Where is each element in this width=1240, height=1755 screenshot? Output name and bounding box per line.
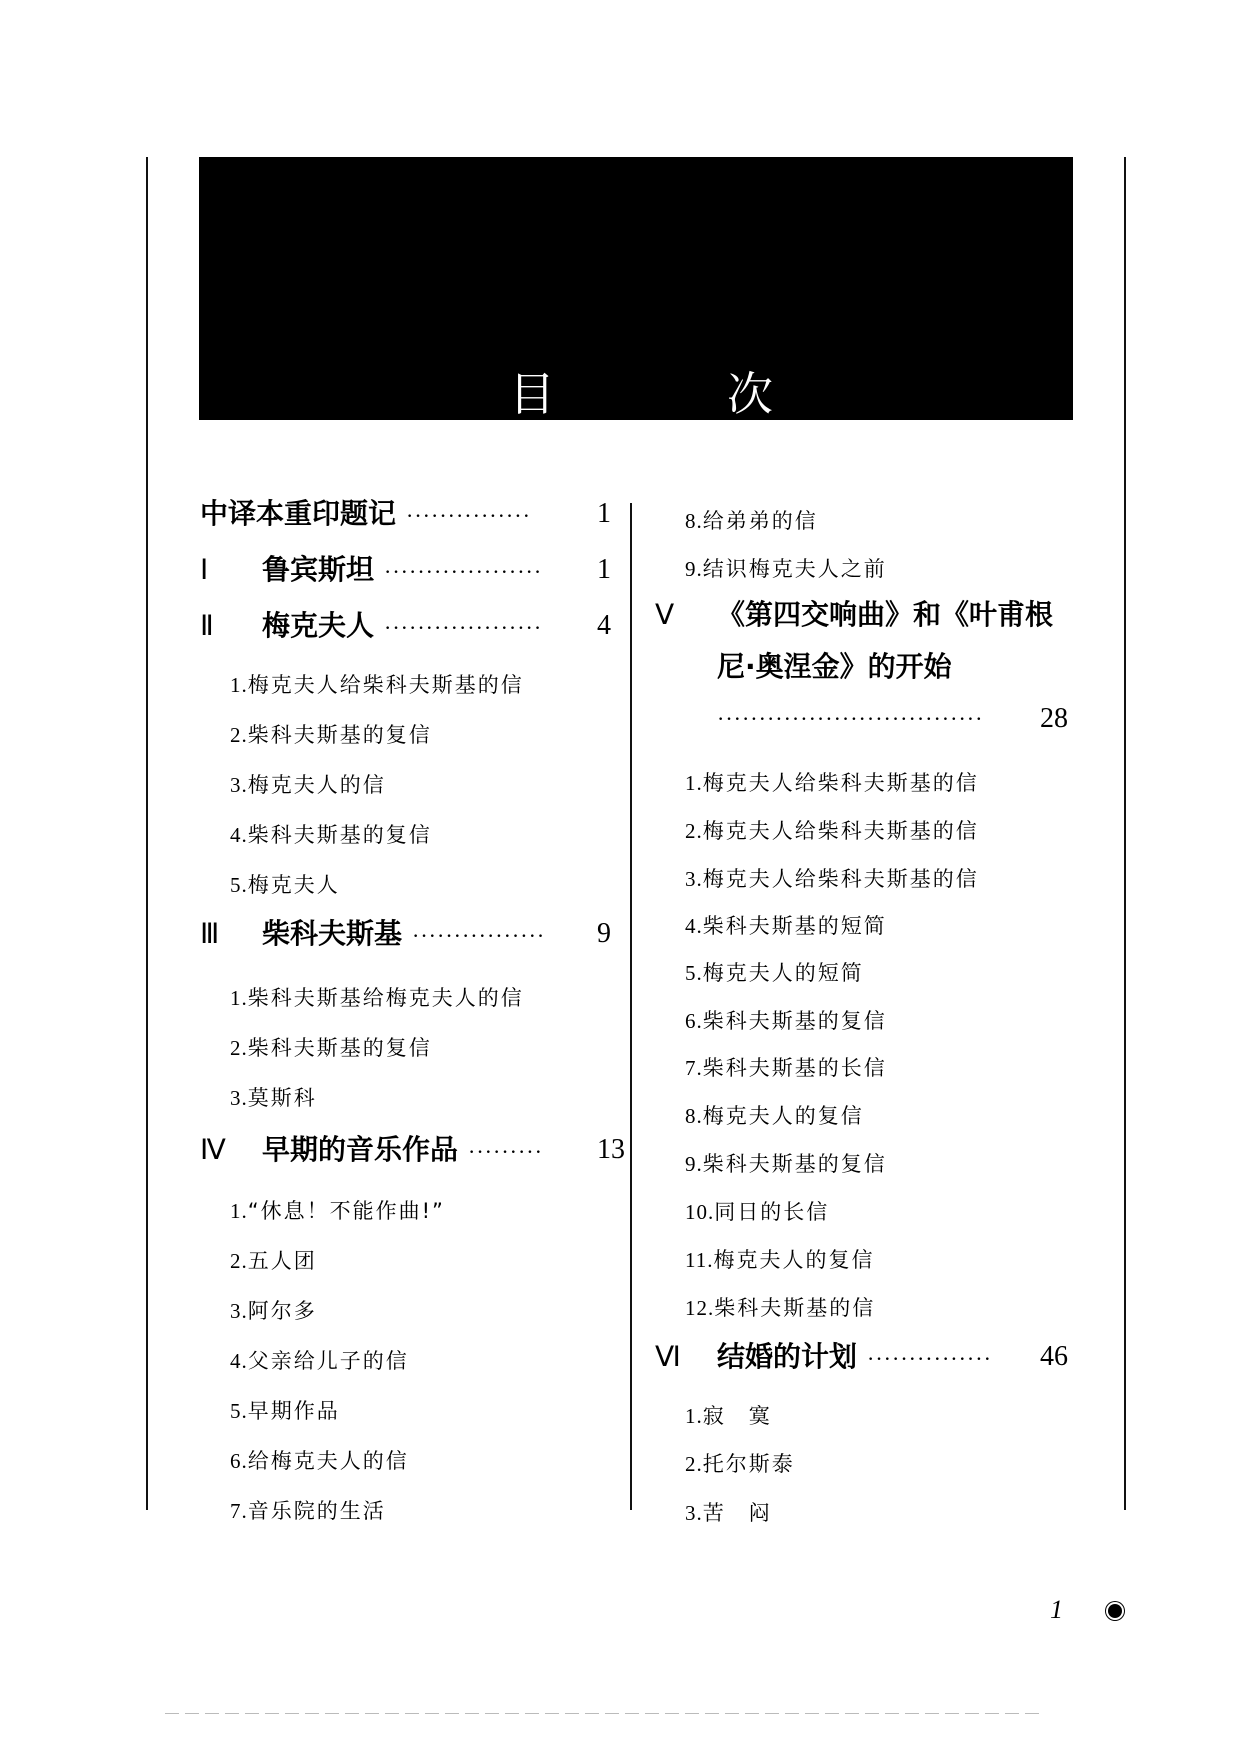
leader-dots: ································ <box>717 703 983 735</box>
section-title: 柴科夫斯基的复信 <box>248 823 432 847</box>
toc-section-entry[interactable]: 2.托尔斯泰 <box>685 1451 795 1477</box>
toc-section-entry[interactable]: 8.梅克夫人的复信 <box>685 1103 864 1129</box>
section-title: 梅克夫人的复信 <box>703 1104 864 1128</box>
chapter-title: 梅克夫人 <box>262 609 374 642</box>
toc-section-entry[interactable]: 3.苦 闷 <box>685 1500 772 1526</box>
toc-section-entry[interactable]: 11.梅克夫人的复信 <box>685 1247 874 1273</box>
section-number: 9. <box>685 1152 703 1176</box>
toc-section-entry[interactable]: 9.柴科夫斯基的复信 <box>685 1151 887 1177</box>
section-title: 给弟弟的信 <box>703 509 818 533</box>
toc-chapter-entry[interactable]: Ⅱ梅克夫人···················4 <box>200 610 542 644</box>
leader-dots: ················ <box>412 923 545 948</box>
section-number: 3. <box>685 1501 703 1525</box>
leader-dots: ········· <box>468 1139 543 1164</box>
section-number: 8. <box>685 509 703 533</box>
toc-chapter-entry[interactable]: Ⅴ《第四交响曲》和《叶甫根尼·奥涅金》的开始··················… <box>655 599 1053 632</box>
section-number: 4. <box>685 914 703 938</box>
section-number: 2. <box>685 1452 703 1476</box>
page-ref: 1 <box>597 554 611 586</box>
page-ref: 1 <box>597 498 611 530</box>
section-title: 同日的长信 <box>714 1200 829 1224</box>
section-title: 寂 寞 <box>703 1404 772 1428</box>
section-number: 3. <box>230 1086 248 1110</box>
chapter-roman-numeral: Ⅴ <box>655 600 717 632</box>
leader-dots: ··················· <box>384 559 542 584</box>
section-number: 12. <box>685 1296 714 1320</box>
toc-section-entry[interactable]: 4.柴科夫斯基的复信 <box>230 822 432 848</box>
section-number: 6. <box>685 1009 703 1033</box>
chapter-roman-numeral: Ⅱ <box>200 611 262 643</box>
leader-dots: ··············· <box>867 1346 992 1371</box>
section-number: 3. <box>685 867 703 891</box>
section-title: “休息！不能作曲!” <box>248 1199 445 1223</box>
section-number: 11. <box>685 1248 713 1272</box>
chapter-title: 鲁宾斯坦 <box>262 553 374 586</box>
chapter-roman-numeral: Ⅲ <box>200 919 262 951</box>
toc-section-entry[interactable]: 1.梅克夫人给柴科夫斯基的信 <box>230 672 524 698</box>
section-title: 柴科夫斯基的长信 <box>703 1056 887 1080</box>
section-title: 柴科夫斯基的复信 <box>248 1036 432 1060</box>
section-title: 柴科夫斯基的信 <box>714 1296 875 1320</box>
toc-section-entry[interactable]: 9.结识梅克夫人之前 <box>685 556 887 582</box>
section-title: 父亲给儿子的信 <box>248 1349 409 1373</box>
section-title: 托尔斯泰 <box>703 1452 795 1476</box>
toc-section-entry[interactable]: 1.柴科夫斯基给梅克夫人的信 <box>230 985 524 1011</box>
page-ref: 4 <box>597 610 611 642</box>
section-number: 5. <box>685 961 703 985</box>
page-title-char-1: 目 <box>509 371 555 417</box>
toc-section-entry[interactable]: 5.梅克夫人的短简 <box>685 960 864 986</box>
section-number: 1. <box>230 1199 248 1223</box>
chapter-roman-numeral: Ⅵ <box>655 1342 717 1374</box>
toc-chapter-entry[interactable]: 中译本重印题记···············1 <box>200 498 531 532</box>
section-title: 柴科夫斯基的复信 <box>703 1009 887 1033</box>
section-title: 梅克夫人的复信 <box>713 1248 874 1272</box>
section-title: 音乐院的生活 <box>248 1499 386 1523</box>
section-number: 5. <box>230 873 248 897</box>
toc-section-entry[interactable]: 5.早期作品 <box>230 1398 340 1424</box>
section-title: 柴科夫斯基的复信 <box>703 1152 887 1176</box>
section-number: 3. <box>230 1299 248 1323</box>
title-band: 目 次 <box>199 157 1073 420</box>
section-number: 1. <box>685 771 703 795</box>
section-number: 2. <box>685 819 703 843</box>
toc-section-entry[interactable]: 4.父亲给儿子的信 <box>230 1348 409 1374</box>
page-number: 1 <box>1050 1595 1063 1625</box>
section-number: 4. <box>230 1349 248 1373</box>
section-title: 柴科夫斯基的复信 <box>248 723 432 747</box>
section-number: 1. <box>685 1404 703 1428</box>
section-title: 五人团 <box>248 1249 317 1273</box>
section-title: 梅克夫人的短简 <box>703 961 864 985</box>
toc-section-entry[interactable]: 10.同日的长信 <box>685 1199 829 1225</box>
section-title: 梅克夫人给柴科夫斯基的信 <box>703 819 979 843</box>
toc-section-entry[interactable]: 5.梅克夫人 <box>230 872 340 898</box>
page-ref: 13 <box>597 1134 625 1166</box>
toc-section-entry[interactable]: 7.柴科夫斯基的长信 <box>685 1055 887 1081</box>
section-title: 柴科夫斯基的短简 <box>703 914 887 938</box>
section-number: 8. <box>685 1104 703 1128</box>
registration-mark-icon <box>1108 1604 1122 1618</box>
chapter-title: 《第四交响曲》和《叶甫根 <box>717 598 1053 631</box>
toc-section-entry[interactable]: 2.五人团 <box>230 1248 317 1274</box>
column-divider <box>630 503 632 1510</box>
left-margin-rule <box>146 157 148 1510</box>
section-number: 7. <box>230 1499 248 1523</box>
section-number: 7. <box>685 1056 703 1080</box>
section-title: 梅克夫人给柴科夫斯基的信 <box>703 771 979 795</box>
toc-section-entry[interactable]: 1.“休息！不能作曲!” <box>230 1198 445 1224</box>
section-number: 4. <box>230 823 248 847</box>
chapter-roman-numeral: Ⅰ <box>200 555 262 587</box>
toc-chapter-entry[interactable]: Ⅳ早期的音乐作品·········13 <box>200 1134 543 1168</box>
section-title: 梅克夫人 <box>248 873 340 897</box>
section-title: 阿尔多 <box>248 1299 317 1323</box>
section-title: 苦 闷 <box>703 1501 772 1525</box>
section-title: 结识梅克夫人之前 <box>703 557 887 581</box>
toc-section-entry[interactable]: 3.梅克夫人给柴科夫斯基的信 <box>685 866 979 892</box>
section-title: 给梅克夫人的信 <box>248 1449 409 1473</box>
section-number: 2. <box>230 723 248 747</box>
toc-section-entry[interactable]: 4.柴科夫斯基的短简 <box>685 913 887 939</box>
chapter-title: 早期的音乐作品 <box>262 1133 458 1166</box>
section-number: 9. <box>685 557 703 581</box>
scan-artifact-line <box>165 1713 1045 1714</box>
leader-dots: ··············· <box>406 503 531 528</box>
chapter-title: 柴科夫斯基 <box>262 917 402 950</box>
chapter-title-line2: 尼·奥涅金》的开始 <box>717 651 952 683</box>
section-number: 5. <box>230 1399 248 1423</box>
section-title: 梅克夫人给柴科夫斯基的信 <box>248 673 524 697</box>
toc-section-entry[interactable]: 2.柴科夫斯基的复信 <box>230 722 432 748</box>
toc-section-entry[interactable]: 1.梅克夫人给柴科夫斯基的信 <box>685 770 979 796</box>
section-number: 10. <box>685 1200 714 1224</box>
toc-chapter-entry[interactable]: Ⅵ结婚的计划···············46 <box>655 1341 992 1375</box>
section-title: 梅克夫人给柴科夫斯基的信 <box>703 867 979 891</box>
toc-section-entry[interactable]: 12.柴科夫斯基的信 <box>685 1295 875 1321</box>
toc-section-entry[interactable]: 7.音乐院的生活 <box>230 1498 386 1524</box>
toc-chapter-entry[interactable]: Ⅲ柴科夫斯基················9 <box>200 918 545 952</box>
page-ref: 46 <box>1040 1341 1068 1373</box>
page-ref: 9 <box>597 918 611 950</box>
toc-section-entry[interactable]: 8.给弟弟的信 <box>685 508 818 534</box>
section-number: 2. <box>230 1249 248 1273</box>
section-number: 1. <box>230 673 248 697</box>
page-ref: 28 <box>1040 703 1068 735</box>
section-title: 柴科夫斯基给梅克夫人的信 <box>248 986 524 1010</box>
toc-section-entry[interactable]: 3.阿尔多 <box>230 1298 317 1324</box>
page-title-char-2: 次 <box>727 371 773 417</box>
toc-chapter-entry[interactable]: Ⅰ鲁宾斯坦···················1 <box>200 554 542 588</box>
toc-section-entry[interactable]: 6.给梅克夫人的信 <box>230 1448 409 1474</box>
section-title: 梅克夫人的信 <box>248 773 386 797</box>
section-number: 2. <box>230 1036 248 1060</box>
toc-section-entry[interactable]: 2.梅克夫人给柴科夫斯基的信 <box>685 818 979 844</box>
section-title: 早期作品 <box>248 1399 340 1423</box>
section-number: 6. <box>230 1449 248 1473</box>
right-margin-rule <box>1124 157 1126 1510</box>
toc-section-entry[interactable]: 1.寂 寞 <box>685 1403 772 1429</box>
leader-dots: ··················· <box>384 615 542 640</box>
toc-section-entry[interactable]: 3.梅克夫人的信 <box>230 772 386 798</box>
toc-section-entry[interactable]: 3.莫斯科 <box>230 1085 317 1111</box>
toc-section-entry[interactable]: 2.柴科夫斯基的复信 <box>230 1035 432 1061</box>
section-number: 3. <box>230 773 248 797</box>
chapter-title: 结婚的计划 <box>717 1340 857 1373</box>
section-title: 莫斯科 <box>248 1086 317 1110</box>
chapter-title: 中译本重印题记 <box>200 497 396 530</box>
section-number: 1. <box>230 986 248 1010</box>
toc-section-entry[interactable]: 6.柴科夫斯基的复信 <box>685 1008 887 1034</box>
chapter-roman-numeral: Ⅳ <box>200 1135 262 1167</box>
